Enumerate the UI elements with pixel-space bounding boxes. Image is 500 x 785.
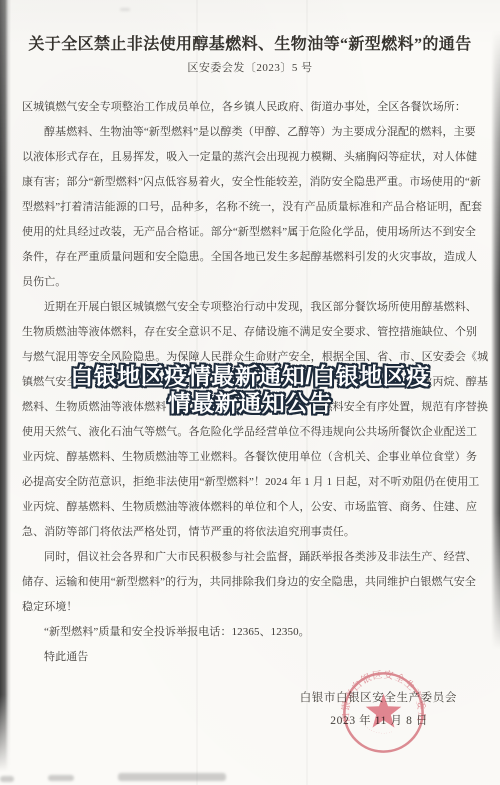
watermark-caption-line1: 白银地区疫情最新通知/白银地区疫 xyxy=(0,363,500,390)
document-line: 使用天然气、液化石油气等燃气。各危险化学品经营单位不得违规向公共场所餐饮企业配送… xyxy=(22,420,488,445)
scan-smudge xyxy=(118,773,226,781)
document-line: 业丙烷、醇基燃料、生物质燃油等工业燃料。各餐饮使用单位（含机关、企事业单位食堂）… xyxy=(22,445,488,470)
watermark-caption-line2: 情最新通知公告 xyxy=(0,390,500,417)
document-line: 稳定环境！ xyxy=(22,595,488,620)
document-line: 近期在开展白银区城镇燃气安全专项整治行动中发现，我区部分餐饮场所使用醇基燃料、 xyxy=(22,295,488,320)
scan-smudge xyxy=(120,8,130,11)
document-line: “新型燃料”质量和安全投诉举报电话：12365、12350。 xyxy=(22,620,488,645)
scan-smudge xyxy=(48,775,74,781)
document-line: 储存、运输和使用“新型燃料”的行为，共同排除我们身边的安全隐患，共同维护白银燃气… xyxy=(22,570,488,595)
document-line: 以液体形式存在，且易挥发，吸入一定量的蒸汽会出现视力模糊、头痛胸闷等症状，对人体… xyxy=(22,145,488,170)
document-line: 康有害；部分“新型燃料”闪点低容易着火，安全性能较差，消防安全隐患严重。市场使用… xyxy=(22,170,488,195)
document-line: 醇基燃料、生物油等“新型燃料”是以醇类（甲醇、乙醇等）为主要成分混配的燃料，主要 xyxy=(22,120,488,145)
document-line: 必提高安全防范意识，拒绝非法使用“新型燃料”！2024 年 1 月 1 日起，对… xyxy=(22,470,488,495)
document-line: 区城镇燃气安全专项整治工作成员单位，各乡镇人民政府、街道办事处，全区各餐饮场所： xyxy=(22,95,488,120)
document-line: 使用的灶具经过改装，无产品合格证。部分“新型燃料”属于危险化学品，使用场所达不到… xyxy=(22,220,488,245)
document-line: 条件，存在严重质量问题和安全隐患。全国各地已发生多起醇基燃料引发的火灾事故，造成… xyxy=(22,245,488,270)
seal-star-icon xyxy=(366,694,402,728)
document-line: 同时，倡议社会各界和广大市民积极参与社会监督，踊跃举报各类涉及非法生产、经营、 xyxy=(22,545,488,570)
watermark-caption: 白银地区疫情最新通知/白银地区疫 情最新通知公告 xyxy=(0,363,500,417)
document-line: 业丙烷、醇基燃料、生物质燃油等液体燃料的单位和个人，公安、市场监管、商务、住建、… xyxy=(22,495,488,520)
official-red-seal: 白银市白银区安全生产委员会 ············· xyxy=(341,670,426,755)
document-line: 特此通告 xyxy=(22,645,488,670)
document-line: 急、消防等部门将依法严格处罚，情节严重的将依法追究刑事责任。 xyxy=(22,520,488,545)
document-title: 关于全区禁止非法使用醇基燃料、生物油等“新型燃料”的通告 xyxy=(0,31,500,54)
document-number: 区安委会发〔2023〕5 号 xyxy=(0,59,500,75)
document-page: 关于全区禁止非法使用醇基燃料、生物油等“新型燃料”的通告 区安委会发〔2023〕… xyxy=(0,0,500,785)
document-line: 型燃料”打着清洁能源的口号，品种多，名称不统一，没有产品质量标准和产品合格证明，… xyxy=(22,195,488,220)
photo-edge-right xyxy=(491,30,500,650)
document-line: 生物质燃油等液体燃料，存在安全意识不足、存储设施不满足安全要求、管控措施缺位、个… xyxy=(22,320,488,345)
scan-smudge xyxy=(0,776,14,782)
document-line: 员伤亡。 xyxy=(22,270,488,295)
